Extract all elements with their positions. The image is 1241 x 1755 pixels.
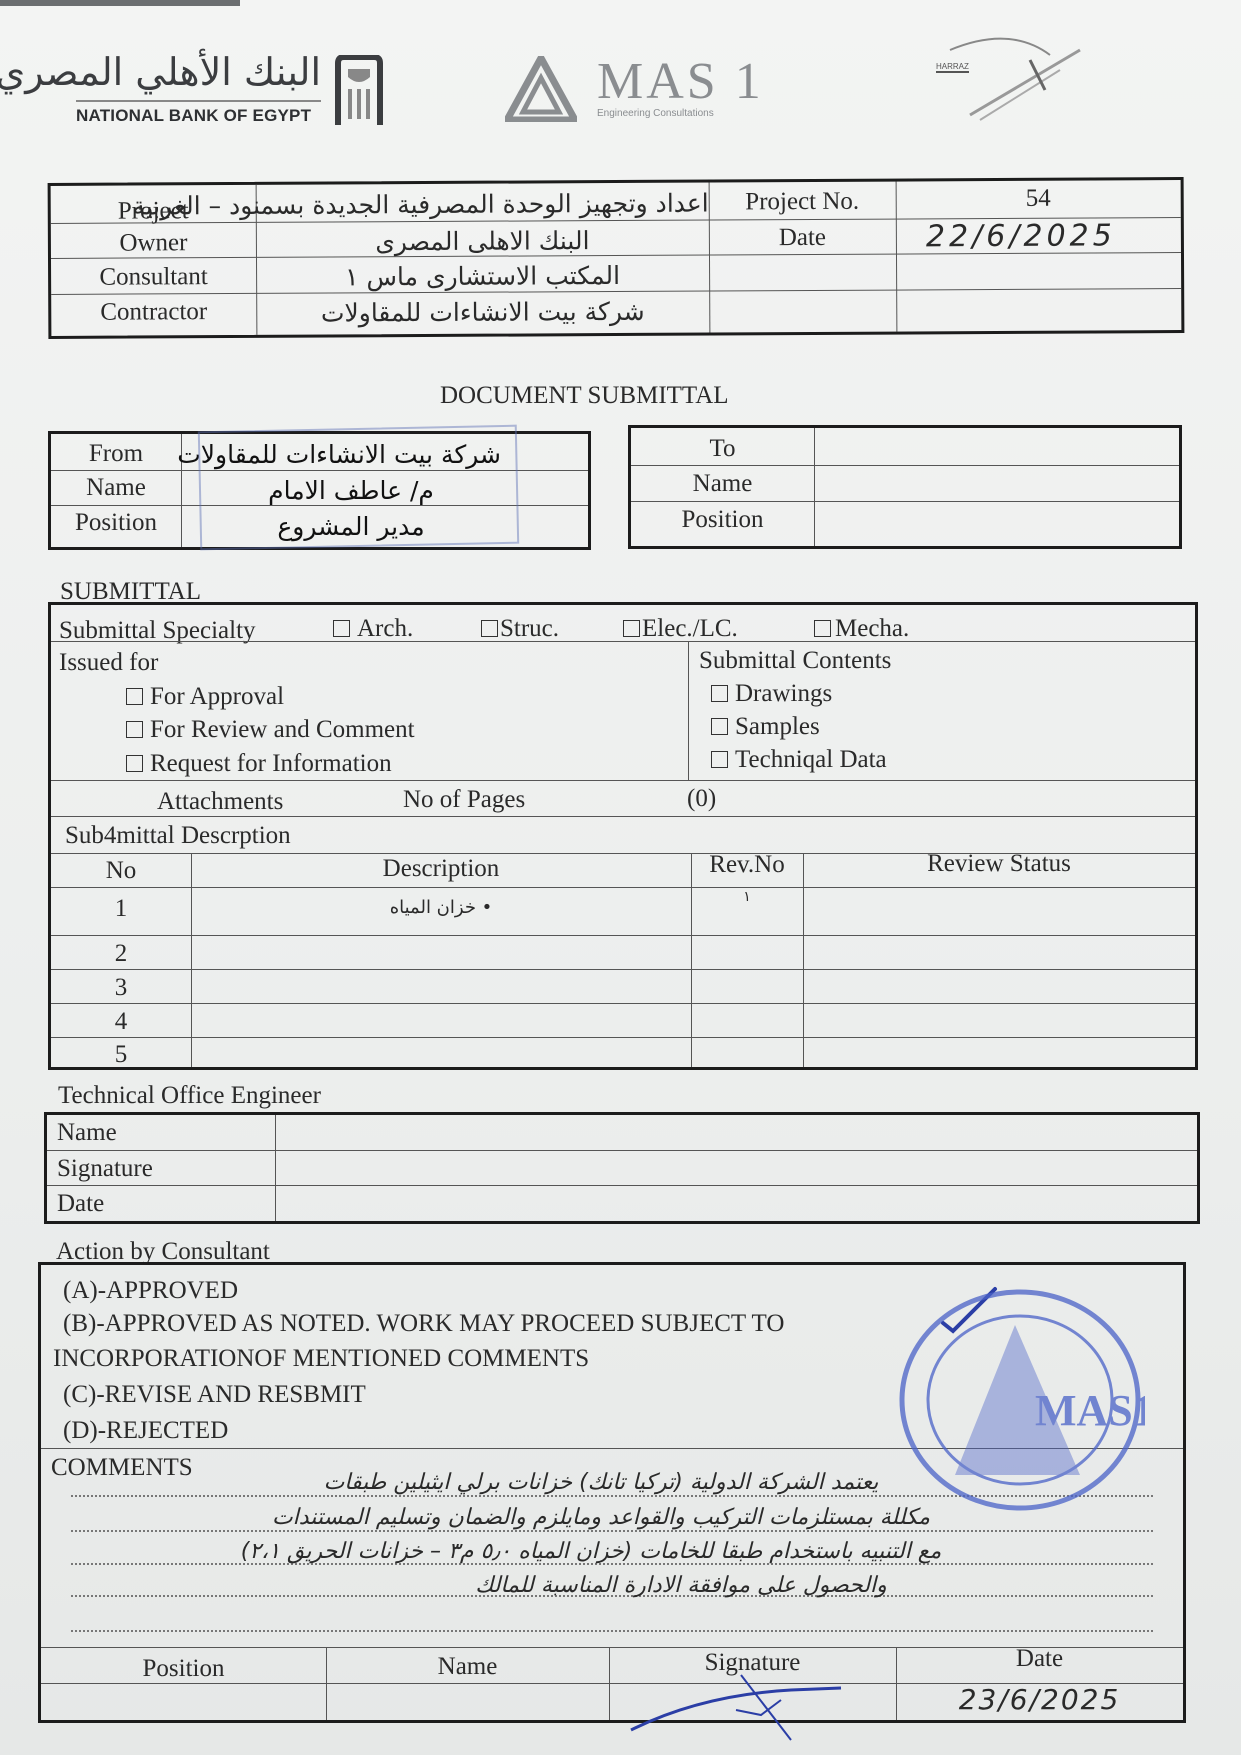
checkbox-icon[interactable] [711, 751, 728, 768]
project-info-table: Project Owner Consultant Contractor اعدا… [48, 177, 1185, 339]
col-no: No [51, 857, 191, 885]
row-rev: ١ [691, 889, 803, 905]
option-d[interactable]: (D)-REJECTED [63, 1417, 228, 1445]
project-no-label: Project No. [709, 188, 896, 217]
from-label: From [51, 440, 181, 468]
to-block: To Name Position [628, 425, 1182, 549]
page-title: DOCUMENT SUBMITTAL [440, 382, 729, 410]
specialty-elec-label: Elec./LC. [642, 615, 738, 642]
issued-for-rfi-label: Request for Information [150, 750, 392, 777]
mas-consultant-stamp-icon: MAS1 [895, 1285, 1145, 1515]
issued-for-review[interactable]: For Review and Comment [126, 716, 415, 744]
nbe-logo-arabic: البنك الأهلي المصري [76, 50, 321, 94]
nbe-emblem-icon [334, 55, 384, 127]
checkbox-icon[interactable] [623, 620, 640, 637]
comment-line-3: مع التنبيه باستخدام طبقا للخامات (خزان ا… [51, 1539, 1131, 1564]
comment-line-4: والحصول على موافقة الادارة المناسبة للما… [241, 1573, 1121, 1598]
signoff-date-value: 23/6/2025 [896, 1683, 1183, 1716]
signature-scribble-icon [621, 1670, 861, 1750]
option-b-continued: INCORPORATIONOF MENTIONED COMMENTS [53, 1345, 589, 1373]
to-label: To [631, 435, 814, 463]
specialty-mecha[interactable]: Mecha. [814, 615, 909, 643]
contents-technical-label: Techniqal Data [735, 746, 887, 773]
description-heading: Sub4mittal Descrption [65, 822, 291, 850]
specialty-arch-label: Arch. [357, 615, 413, 642]
signoff-position-label: Position [41, 1655, 326, 1683]
signoff-name-label: Name [326, 1653, 609, 1681]
checkbox-icon[interactable] [126, 721, 143, 738]
pages-value: (0) [687, 785, 716, 813]
from-name-label: Name [51, 474, 181, 502]
project-no-value: 54 [896, 184, 1181, 213]
nbe-logo-divider [76, 100, 321, 102]
pages-label: No of Pages [403, 786, 525, 814]
issued-for-review-label: For Review and Comment [150, 716, 415, 743]
specialty-struc-label: Struc. [500, 615, 559, 642]
technical-office-block: Name Signature Date [44, 1112, 1200, 1224]
col-description: Description [191, 855, 691, 883]
issued-for-approval-label: For Approval [150, 683, 284, 710]
to-position-label: Position [631, 506, 814, 534]
row-no: 4 [51, 1008, 191, 1036]
issued-for-approval[interactable]: For Approval [126, 683, 284, 711]
contractor-value: شركة بيت الانشاءات للمقاولات [256, 297, 709, 328]
from-position-label: Position [51, 509, 181, 537]
company-stamp [198, 425, 519, 551]
owner-value: البنك الاهلى المصرى [256, 226, 709, 257]
consultant-label: Consultant [51, 263, 256, 292]
specialty-arch[interactable]: Arch. [333, 615, 413, 643]
row-no: 2 [51, 940, 191, 968]
project-value: اعداد وتجهيز الوحدة المصرفية الجديدة بسم… [256, 189, 709, 220]
option-c[interactable]: (C)-REVISE AND RESBMIT [63, 1381, 366, 1409]
date-value: 22/6/2025 [896, 218, 1146, 254]
nbe-logo-english: NATIONAL BANK OF EGYPT [76, 106, 311, 126]
checkbox-icon[interactable] [126, 755, 143, 772]
tech-signature-label: Signature [57, 1155, 153, 1183]
tech-name-label: Name [57, 1119, 117, 1147]
checkbox-icon[interactable] [333, 620, 350, 637]
to-name-label: Name [631, 470, 814, 498]
mas-triangle-icon [505, 56, 577, 122]
option-a[interactable]: (A)-APPROVED [63, 1277, 238, 1305]
attachments-label: Attachments [157, 788, 283, 816]
row-description: • خزان المياه [331, 897, 551, 918]
mas-logo-name: MAS 1 [597, 52, 764, 111]
row-no: 1 [51, 895, 191, 923]
option-b[interactable]: (B)-APPROVED AS NOTED. WORK MAY PROCEED … [63, 1310, 784, 1338]
contents-samples-label: Samples [735, 713, 820, 740]
row-no: 3 [51, 974, 191, 1002]
issued-for-label: Issued for [59, 649, 158, 677]
contents-label: Submittal Contents [699, 647, 891, 675]
signoff-date-label: Date [896, 1645, 1183, 1673]
technical-office-heading: Technical Office Engineer [58, 1082, 321, 1110]
row-no: 5 [51, 1041, 191, 1069]
contents-samples[interactable]: Samples [711, 713, 820, 741]
col-review-status: Review Status [803, 850, 1195, 878]
col-rev-no: Rev.No [691, 851, 803, 879]
contents-drawings[interactable]: Drawings [711, 680, 832, 708]
specialty-elec[interactable]: Elec./LC. [623, 615, 738, 643]
top-edge-bar [0, 0, 240, 6]
mas-logo-tagline: Engineering Consultations [597, 108, 714, 119]
harraz-swoosh-icon [930, 30, 1090, 125]
date-label: Date [709, 224, 896, 253]
checkbox-icon[interactable] [814, 620, 831, 637]
consultant-value: المكتب الاستشارى ماس ١ [256, 261, 709, 292]
specialty-mecha-label: Mecha. [835, 615, 909, 642]
contents-drawings-label: Drawings [735, 680, 832, 707]
checkbox-icon[interactable] [126, 688, 143, 705]
specialty-struc[interactable]: Struc. [481, 615, 559, 643]
owner-label: Owner [51, 229, 256, 258]
contractor-label: Contractor [51, 298, 256, 327]
submittal-block: Submittal Specialty Arch. Struc. Elec./L… [48, 602, 1198, 1070]
checkbox-icon[interactable] [481, 620, 498, 637]
svg-text:MAS1: MAS1 [1035, 1386, 1145, 1435]
from-block: From Name Position شركة بيت الانشاءات لل… [48, 431, 591, 550]
contents-technical[interactable]: Techniqal Data [711, 746, 887, 774]
document-page: البنك الأهلي المصري NATIONAL BANK OF EGY… [0, 0, 1241, 1755]
nbe-logo: البنك الأهلي المصري NATIONAL BANK OF EGY… [76, 50, 406, 130]
checkbox-icon[interactable] [711, 718, 728, 735]
harraz-logo: HARRAZ [930, 30, 1090, 125]
mas-logo: MAS 1 Engineering Consultations [505, 52, 765, 127]
tech-date-label: Date [57, 1190, 104, 1218]
checkbox-icon[interactable] [711, 685, 728, 702]
issued-for-rfi[interactable]: Request for Information [126, 750, 392, 778]
harraz-logo-label: HARRAZ [936, 62, 969, 73]
